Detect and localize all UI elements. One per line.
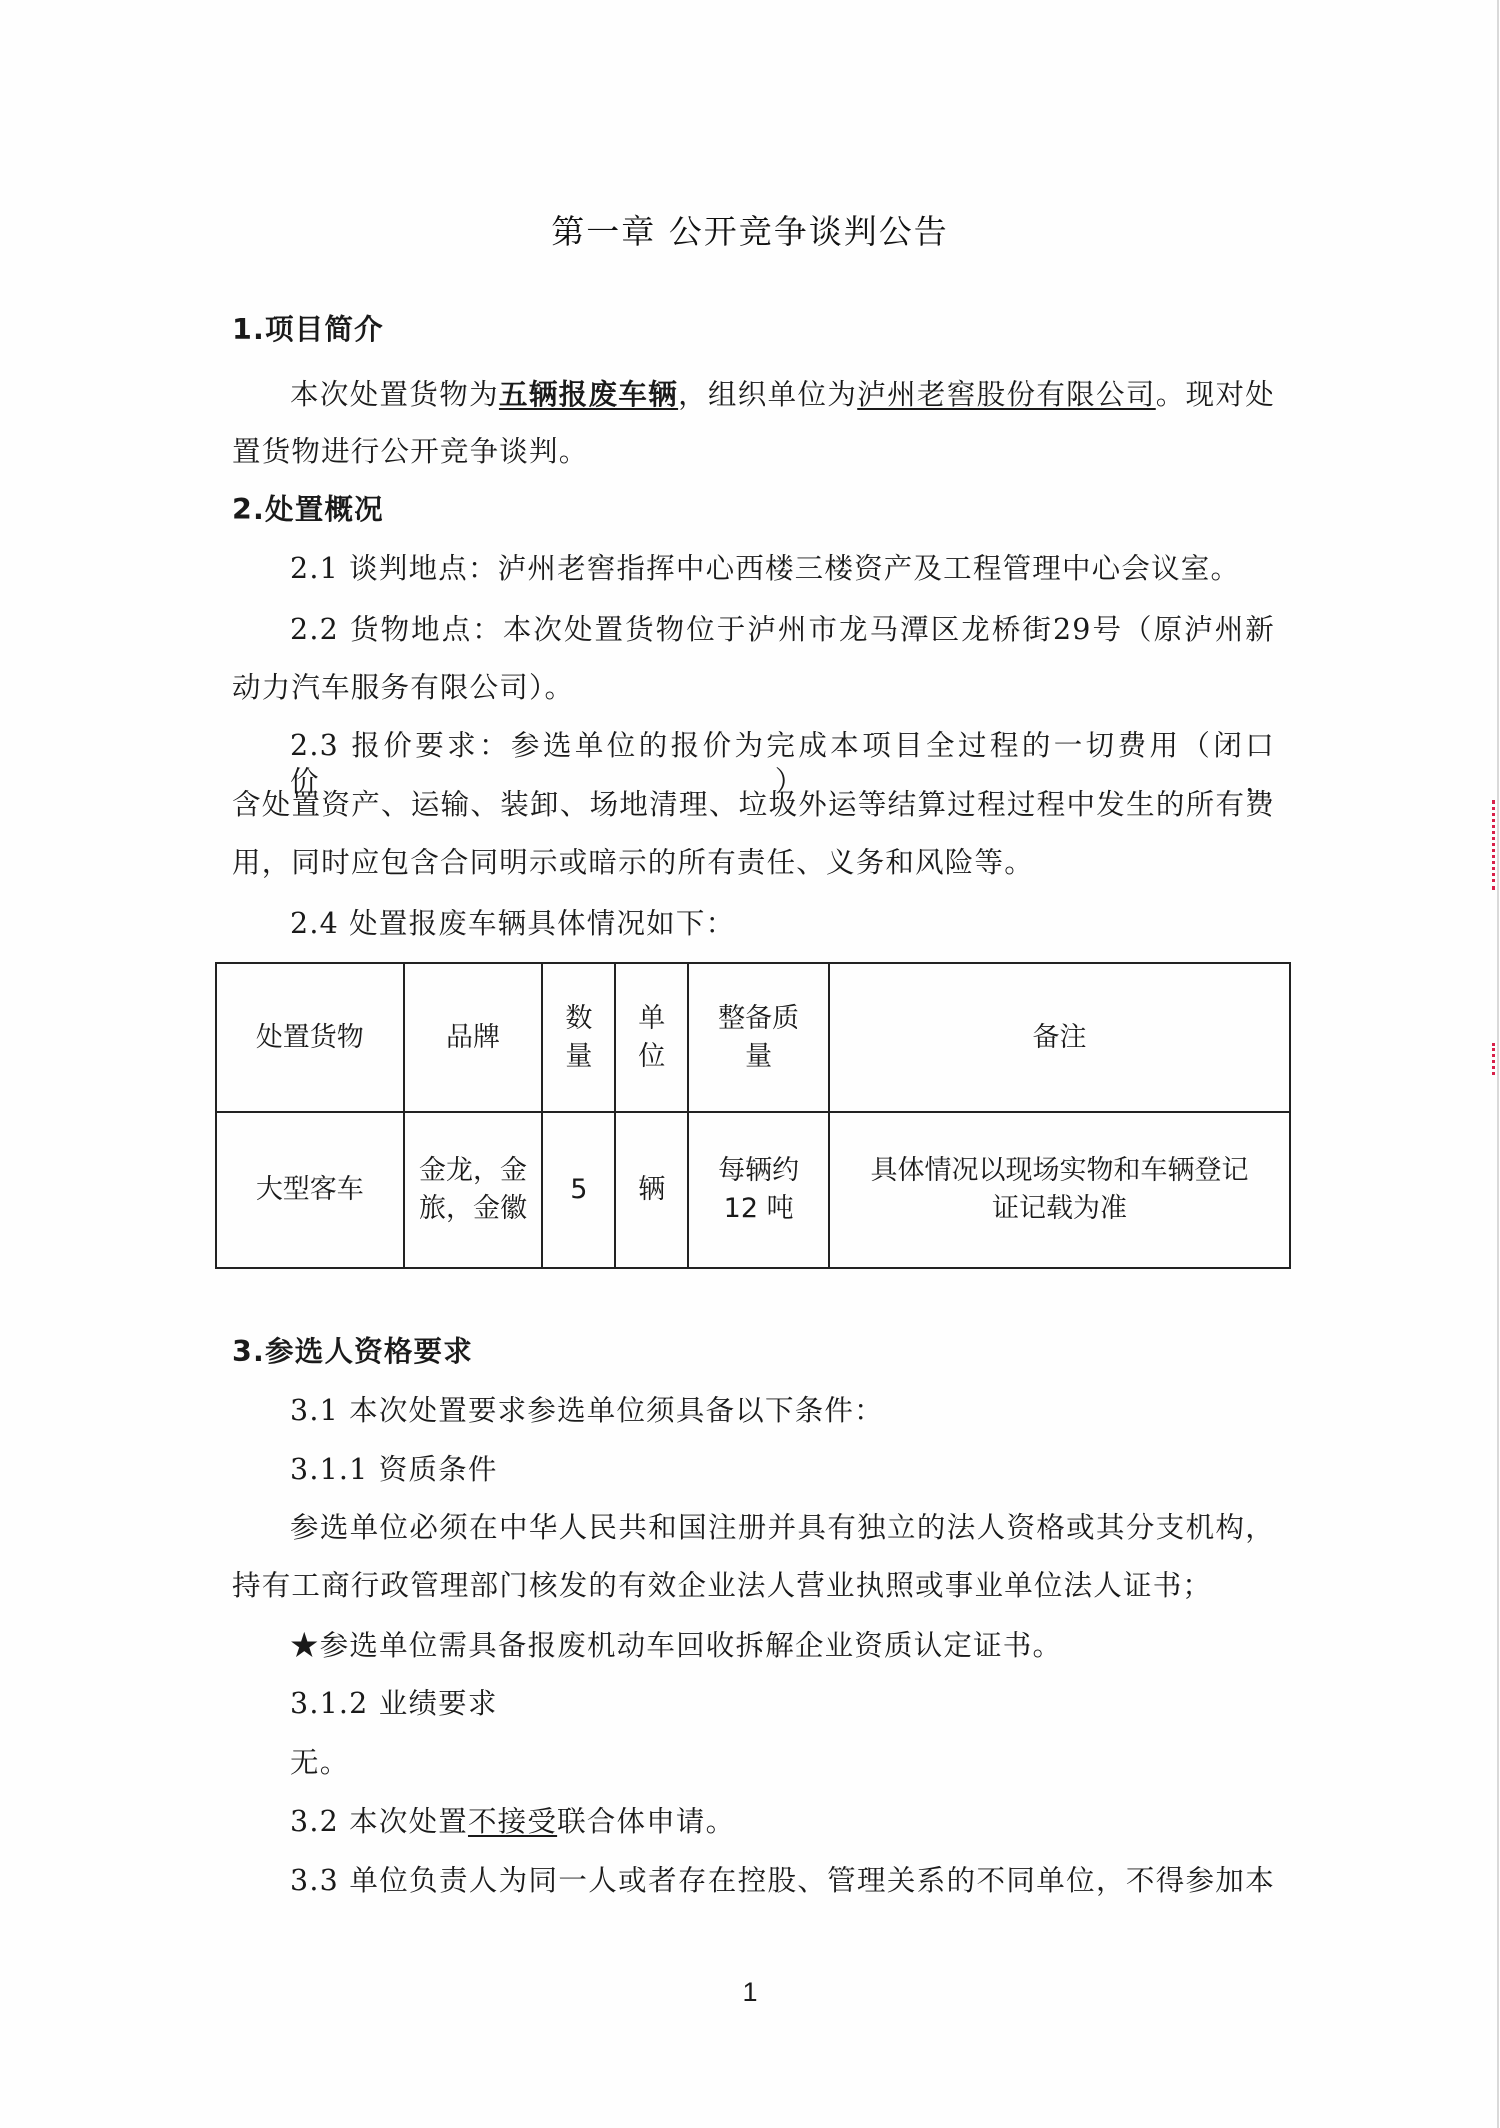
cell-text: 旅，金徽 — [419, 1193, 527, 1224]
organizer-name: 泸州老窖股份有限公司 — [857, 378, 1156, 411]
item-2-3-line2: 含处置资产、运输、装卸、场地清理、垃圾外运等结算过程过程中发生的所有费 — [232, 787, 1275, 823]
header-text: 处置货物 — [256, 1022, 364, 1053]
cell-text: 证记载为准 — [992, 1193, 1127, 1224]
item-2-2-line2: 动力汽车服务有限公司）。 — [232, 670, 1275, 706]
item-2-3-line3: 用，同时应包含合同明示或暗示的所有责任、义务和风险等。 — [232, 845, 1275, 881]
header-text: 数 — [565, 1003, 592, 1034]
document-page: 第一章 公开竞争谈判公告 1.项目简介 本次处置货物为五辆报废车辆，组织单位为泸… — [0, 0, 1500, 2128]
cell-weight: 每辆约12 吨 — [688, 1112, 829, 1268]
item-2-4: 2.4 处置报废车辆具体情况如下： — [290, 906, 1275, 942]
goods-emphasis: 五辆报废车辆 — [499, 377, 678, 411]
section1-paragraph-line2: 置货物进行公开竞争谈判。 — [232, 434, 1275, 470]
header-cell-unit: 单位 — [615, 963, 688, 1112]
vehicle-table: 处置货物 品牌 数量 单位 整备质量 备注 大型客车 金龙，金旅，金徽 5 辆 … — [215, 962, 1291, 1269]
header-text: 品牌 — [446, 1022, 500, 1053]
item-2-2-line1: 2.2 货物地点：本次处置货物位于泸州市龙马潭区龙桥街29号（原泸州新 — [290, 612, 1275, 648]
cell-unit: 辆 — [615, 1112, 688, 1268]
text: 3.2 本次处置 — [290, 1805, 468, 1838]
cell-goods: 大型客车 — [216, 1112, 404, 1268]
header-cell-remark: 备注 — [829, 963, 1290, 1112]
table-header-row: 处置货物 品牌 数量 单位 整备质量 备注 — [216, 963, 1290, 1112]
star-requirement: ★参选单位需具备报废机动车回收拆解企业资质认定证书。 — [290, 1628, 1275, 1664]
header-text: 量 — [745, 1041, 772, 1072]
cell-text: 12 吨 — [724, 1193, 794, 1224]
cell-quantity: 5 — [542, 1112, 615, 1268]
table-row: 大型客车 金龙，金旅，金徽 5 辆 每辆约12 吨 具体情况以现场实物和车辆登记… — [216, 1112, 1290, 1268]
header-cell-quantity: 数量 — [542, 963, 615, 1112]
header-text: 整备质 — [718, 1003, 799, 1034]
cell-brand: 金龙，金旅，金徽 — [404, 1112, 543, 1268]
header-text: 量 — [565, 1041, 592, 1072]
item-3-2: 3.2 本次处置不接受联合体申请。 — [290, 1804, 1275, 1840]
item-3-1-1: 3.1.1 资质条件 — [290, 1452, 1275, 1488]
section1-paragraph-line1: 本次处置货物为五辆报废车辆，组织单位为泸州老窖股份有限公司。现对处 — [290, 376, 1275, 413]
seal-stamp-fragment — [1492, 1043, 1500, 1075]
section-heading-3: 3.参选人资格要求 — [232, 1334, 1275, 1370]
text: 。现对处 — [1156, 378, 1275, 411]
header-cell-weight: 整备质量 — [688, 963, 829, 1112]
cell-text: 具体情况以现场实物和车辆登记 — [871, 1155, 1249, 1186]
cell-remark: 具体情况以现场实物和车辆登记证记载为准 — [829, 1112, 1290, 1268]
header-text: 单 — [638, 1003, 665, 1034]
not-accepted-emphasis: 不接受 — [468, 1805, 557, 1838]
item-3-3: 3.3 单位负责人为同一人或者存在控股、管理关系的不同单位，不得参加本 — [290, 1863, 1275, 1899]
cell-text: 金龙，金 — [419, 1155, 527, 1186]
item-3-1-2: 3.1.2 业绩要求 — [290, 1686, 1275, 1722]
item-3-1: 3.1 本次处置要求参选单位须具备以下条件： — [290, 1393, 1275, 1429]
performance-value: 无。 — [290, 1745, 1275, 1781]
cell-text: 每辆约 — [718, 1155, 799, 1186]
header-cell-goods: 处置货物 — [216, 963, 404, 1112]
header-text: 备注 — [1033, 1022, 1087, 1053]
header-cell-brand: 品牌 — [404, 963, 543, 1112]
seal-stamp-fragment — [1492, 800, 1500, 890]
section-heading-2: 2.处置概况 — [232, 492, 1275, 528]
text: 本次处置货物为 — [290, 378, 499, 411]
qualification-line1: 参选单位必须在中华人民共和国注册并具有独立的法人资格或其分支机构， — [290, 1510, 1275, 1546]
item-2-1: 2.1 谈判地点：泸州老窖指挥中心西楼三楼资产及工程管理中心会议室。 — [290, 551, 1275, 587]
text: ，组织单位为 — [678, 378, 857, 411]
chapter-title: 第一章 公开竞争谈判公告 — [0, 212, 1500, 252]
text: 联合体申请。 — [557, 1805, 735, 1838]
page-number: 1 — [0, 1976, 1500, 2008]
header-text: 位 — [638, 1041, 665, 1072]
section-heading-1: 1.项目简介 — [232, 312, 1275, 348]
qualification-line2: 持有工商行政管理部门核发的有效企业法人营业执照或事业单位法人证书； — [232, 1568, 1275, 1604]
